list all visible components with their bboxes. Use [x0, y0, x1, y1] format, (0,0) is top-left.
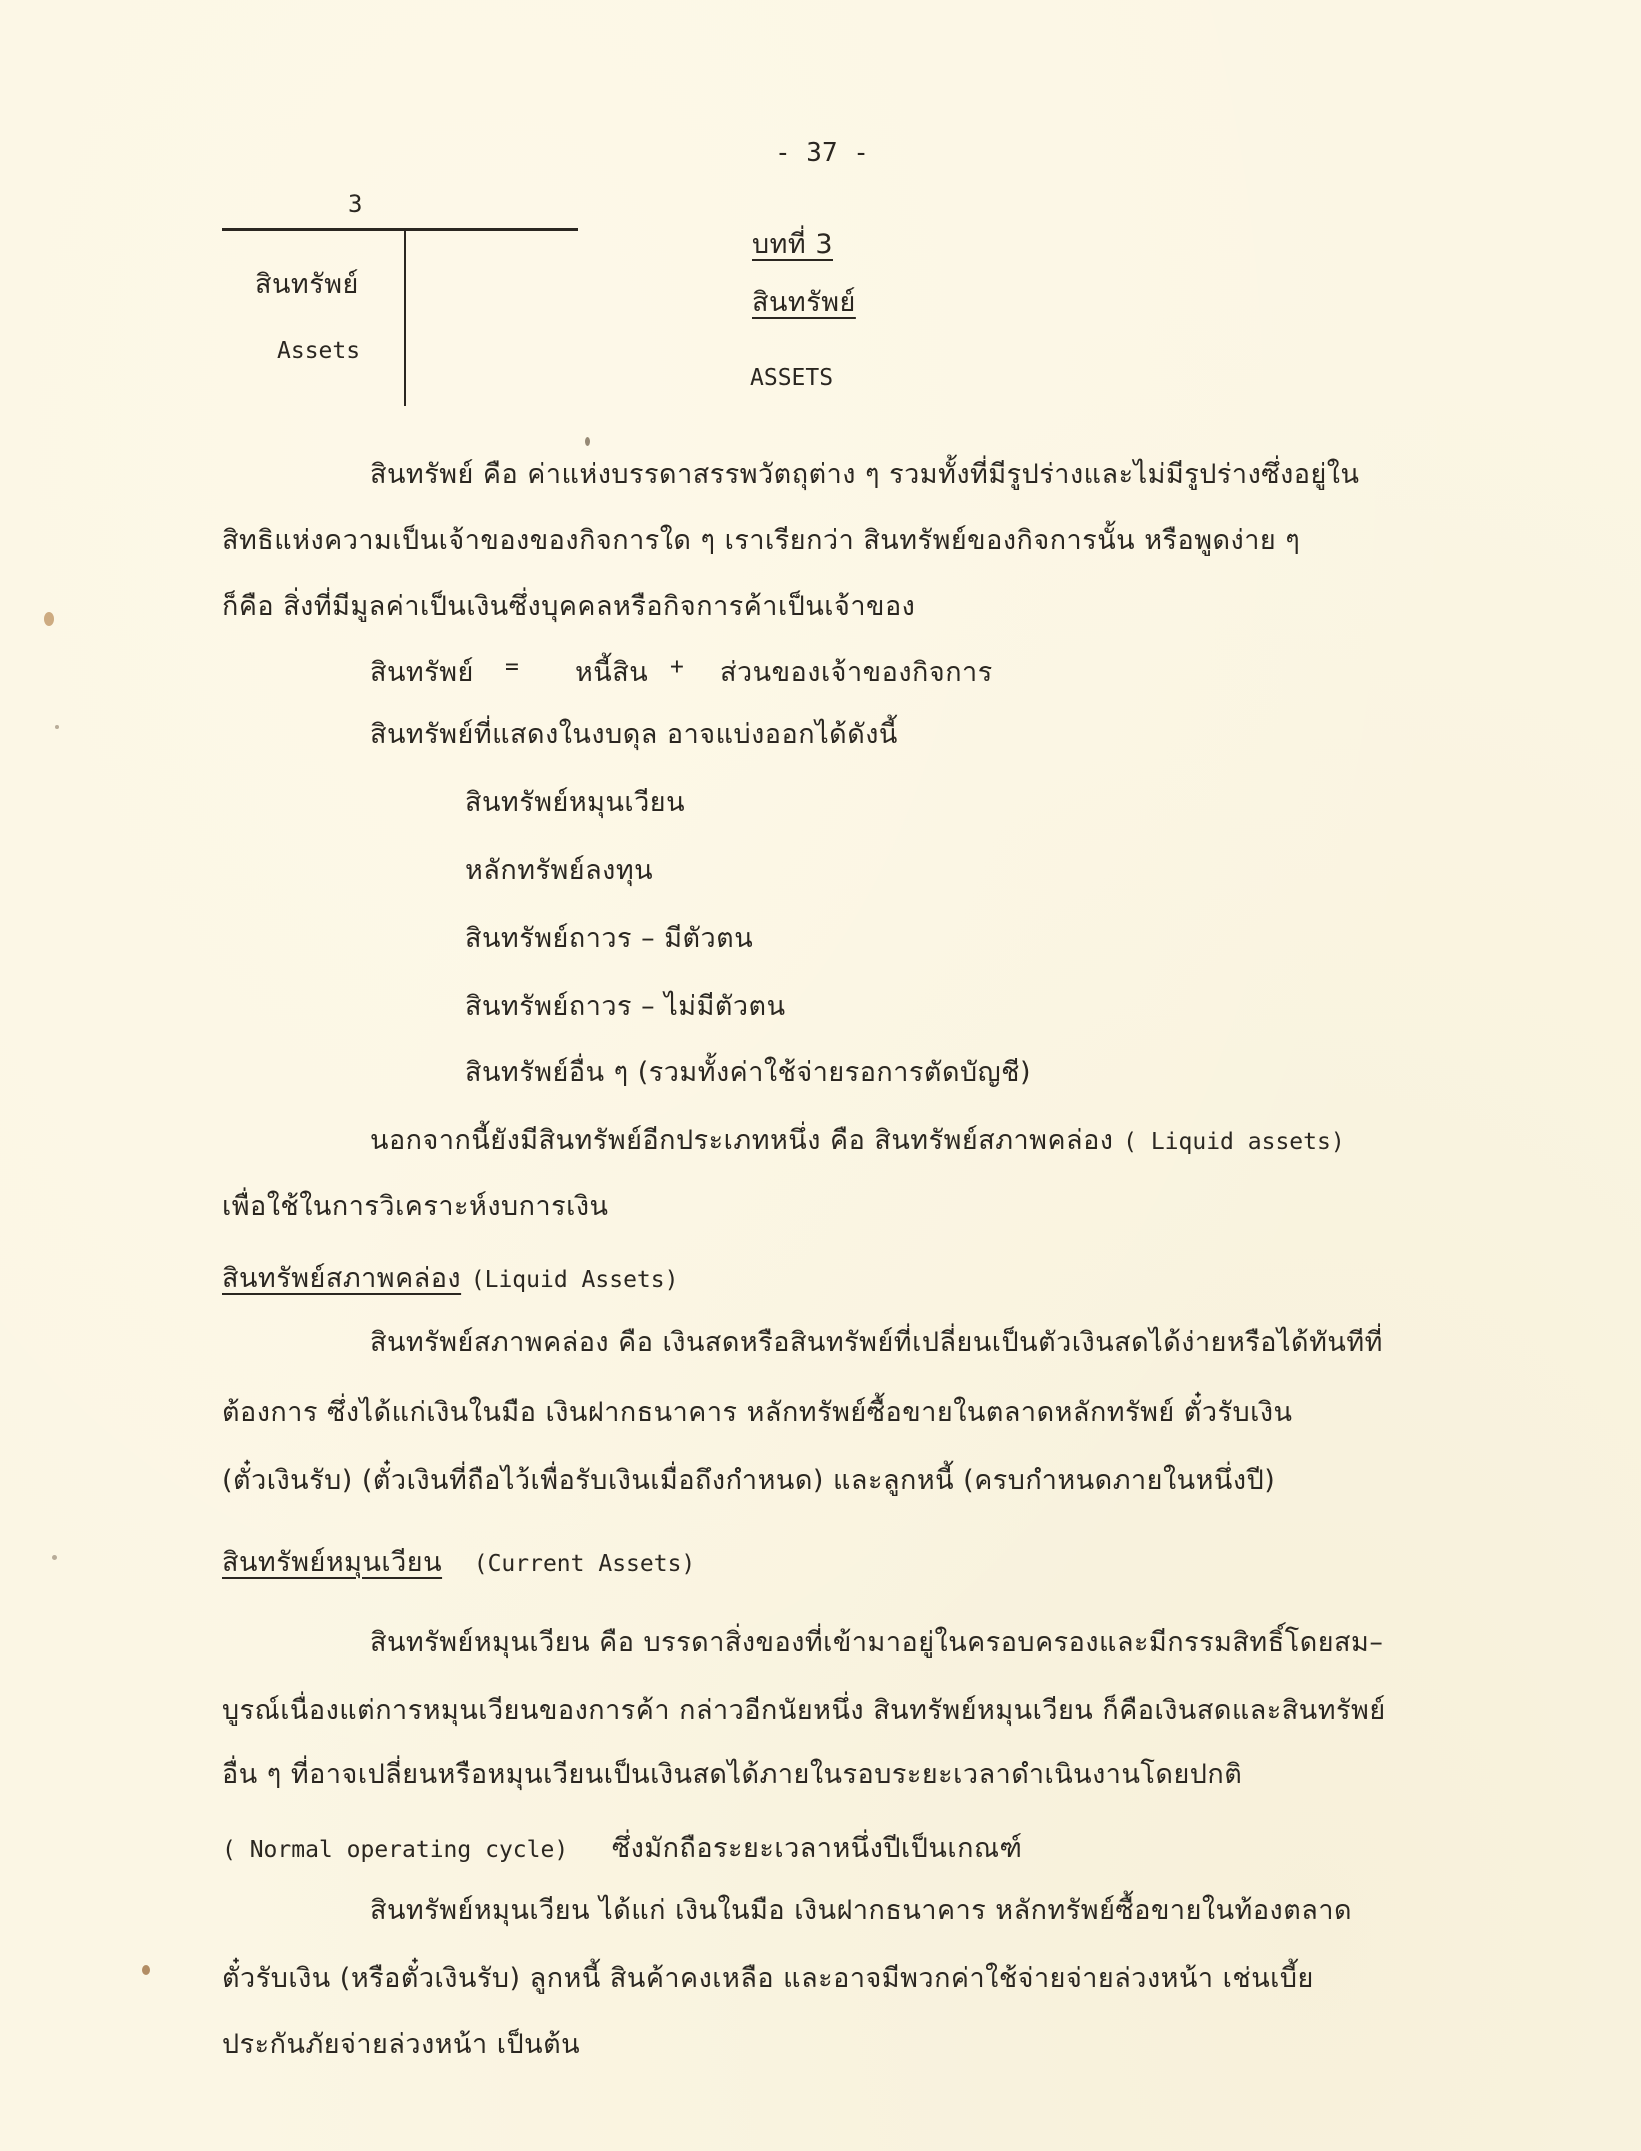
chapter-title-eng: ASSETS: [750, 365, 833, 391]
classification-intro: สินทรัพย์ที่แสดงในงบดุล อาจแบ่งออกได้ดัง…: [370, 712, 898, 755]
paper-blemish: [55, 725, 59, 729]
equation-equals: =: [505, 654, 519, 680]
liquid-note-line2: เพื่อใช้ในการวิเคราะห์งบการเงิน: [222, 1184, 609, 1227]
current-para2-line: ประกันภัยจ่ายล่วงหน้า เป็นต้น: [222, 2022, 580, 2065]
classification-item: สินทรัพย์ถาวร – ไม่มีตัวตน: [465, 984, 786, 1027]
paper-blemish: [52, 1555, 57, 1560]
operating-cycle-line: ( Normal operating cycle) ซึ่งมักถือระยะ…: [222, 1826, 1022, 1869]
liquid-section-heading: สินทรัพย์สภาพคล่อง (Liquid Assets): [222, 1256, 678, 1299]
liquid-note-thai: นอกจากนี้ยังมีสินทรัพย์อีกประเภทหนึ่ง คื…: [370, 1125, 1113, 1156]
intro-line: สินทรัพย์ คือ ค่าแห่งบรรดาสรรพวัตถุต่าง …: [370, 452, 1359, 495]
liquid-line: สินทรัพย์สภาพคล่อง คือ เงินสดหรือสินทรัพ…: [370, 1320, 1383, 1363]
paper-blemish: [44, 612, 54, 626]
classification-item: สินทรัพย์อื่น ๆ (รวมทั้งค่าใช้จ่ายรอการต…: [465, 1050, 1031, 1093]
t-account-label-thai: สินทรัพย์: [255, 262, 359, 305]
chapter-heading: บทที่ 3: [752, 222, 833, 265]
t-account-horizontal-line: [222, 228, 578, 231]
liquid-line: ต้องการ ซึ่งได้แก่เงินในมือ เงินฝากธนาคา…: [222, 1390, 1293, 1433]
intro-line: ก็คือ สิ่งที่มีมูลค่าเป็นเงินซึ่งบุคคลหร…: [222, 584, 915, 627]
equation-plus: +: [670, 654, 684, 680]
operating-cycle-thai: ซึ่งมักถือระยะเวลาหนึ่งปีเป็นเกณฑ์: [612, 1833, 1023, 1864]
t-account-label-eng: Assets: [277, 338, 360, 364]
current-heading-eng: (Current Assets): [474, 1551, 696, 1577]
current-para1-line: สินทรัพย์หมุนเวียน คือ บรรดาสิ่งของที่เข…: [370, 1620, 1383, 1663]
liquid-line: (ตั๋วเงินรับ) (ตั๋วเงินที่ถือไว้เพื่อรับ…: [222, 1458, 1275, 1501]
current-section-heading: สินทรัพย์หมุนเวียน (Current Assets): [222, 1540, 695, 1583]
current-heading-thai: สินทรัพย์หมุนเวียน: [222, 1547, 442, 1578]
scanned-page: - 37 - 3 สินทรัพย์ Assets บทที่ 3 สินทรั…: [0, 0, 1641, 2151]
equation-term2: ส่วนของเจ้าของกิจการ: [720, 650, 993, 693]
equation-lhs: สินทรัพย์: [370, 650, 474, 693]
liquid-note-eng: ( Liquid assets): [1123, 1129, 1345, 1155]
paper-blemish: [142, 1965, 150, 1975]
classification-item: สินทรัพย์หมุนเวียน: [465, 780, 685, 823]
liquid-heading-thai: สินทรัพย์สภาพคล่อง: [222, 1263, 461, 1294]
classification-item: หลักทรัพย์ลงทุน: [465, 848, 653, 891]
current-para1-line: บูรณ์เนื่องแต่การหมุนเวียนของการค้า กล่า…: [222, 1688, 1386, 1731]
current-para1-line: อื่น ๆ ที่อาจเปลี่ยนหรือหมุนเวียนเป็นเงิ…: [222, 1752, 1242, 1795]
liquid-note-line1: นอกจากนี้ยังมีสินทรัพย์อีกประเภทหนึ่ง คื…: [370, 1118, 1345, 1161]
equation-term1: หนี้สิน: [575, 650, 648, 693]
page-number: - 37 -: [775, 138, 869, 168]
t-account-number: 3: [348, 190, 362, 218]
classification-item: สินทรัพย์ถาวร – มีตัวตน: [465, 916, 753, 959]
operating-cycle-eng: ( Normal operating cycle): [222, 1837, 568, 1863]
chapter-title-thai: สินทรัพย์: [752, 280, 856, 323]
liquid-heading-eng: (Liquid Assets): [471, 1267, 679, 1293]
current-para2-line: ตั๋วรับเงิน (หรือตั๋วเงินรับ) ลูกหนี้ สิ…: [222, 1956, 1314, 1999]
current-para2-line: สินทรัพย์หมุนเวียน ได้แก่ เงินในมือ เงิน…: [370, 1888, 1352, 1931]
paper-blemish: [585, 437, 590, 446]
t-account-vertical-line: [404, 228, 406, 406]
intro-line: สิทธิแห่งความเป็นเจ้าของของกิจการใด ๆ เร…: [222, 518, 1300, 561]
